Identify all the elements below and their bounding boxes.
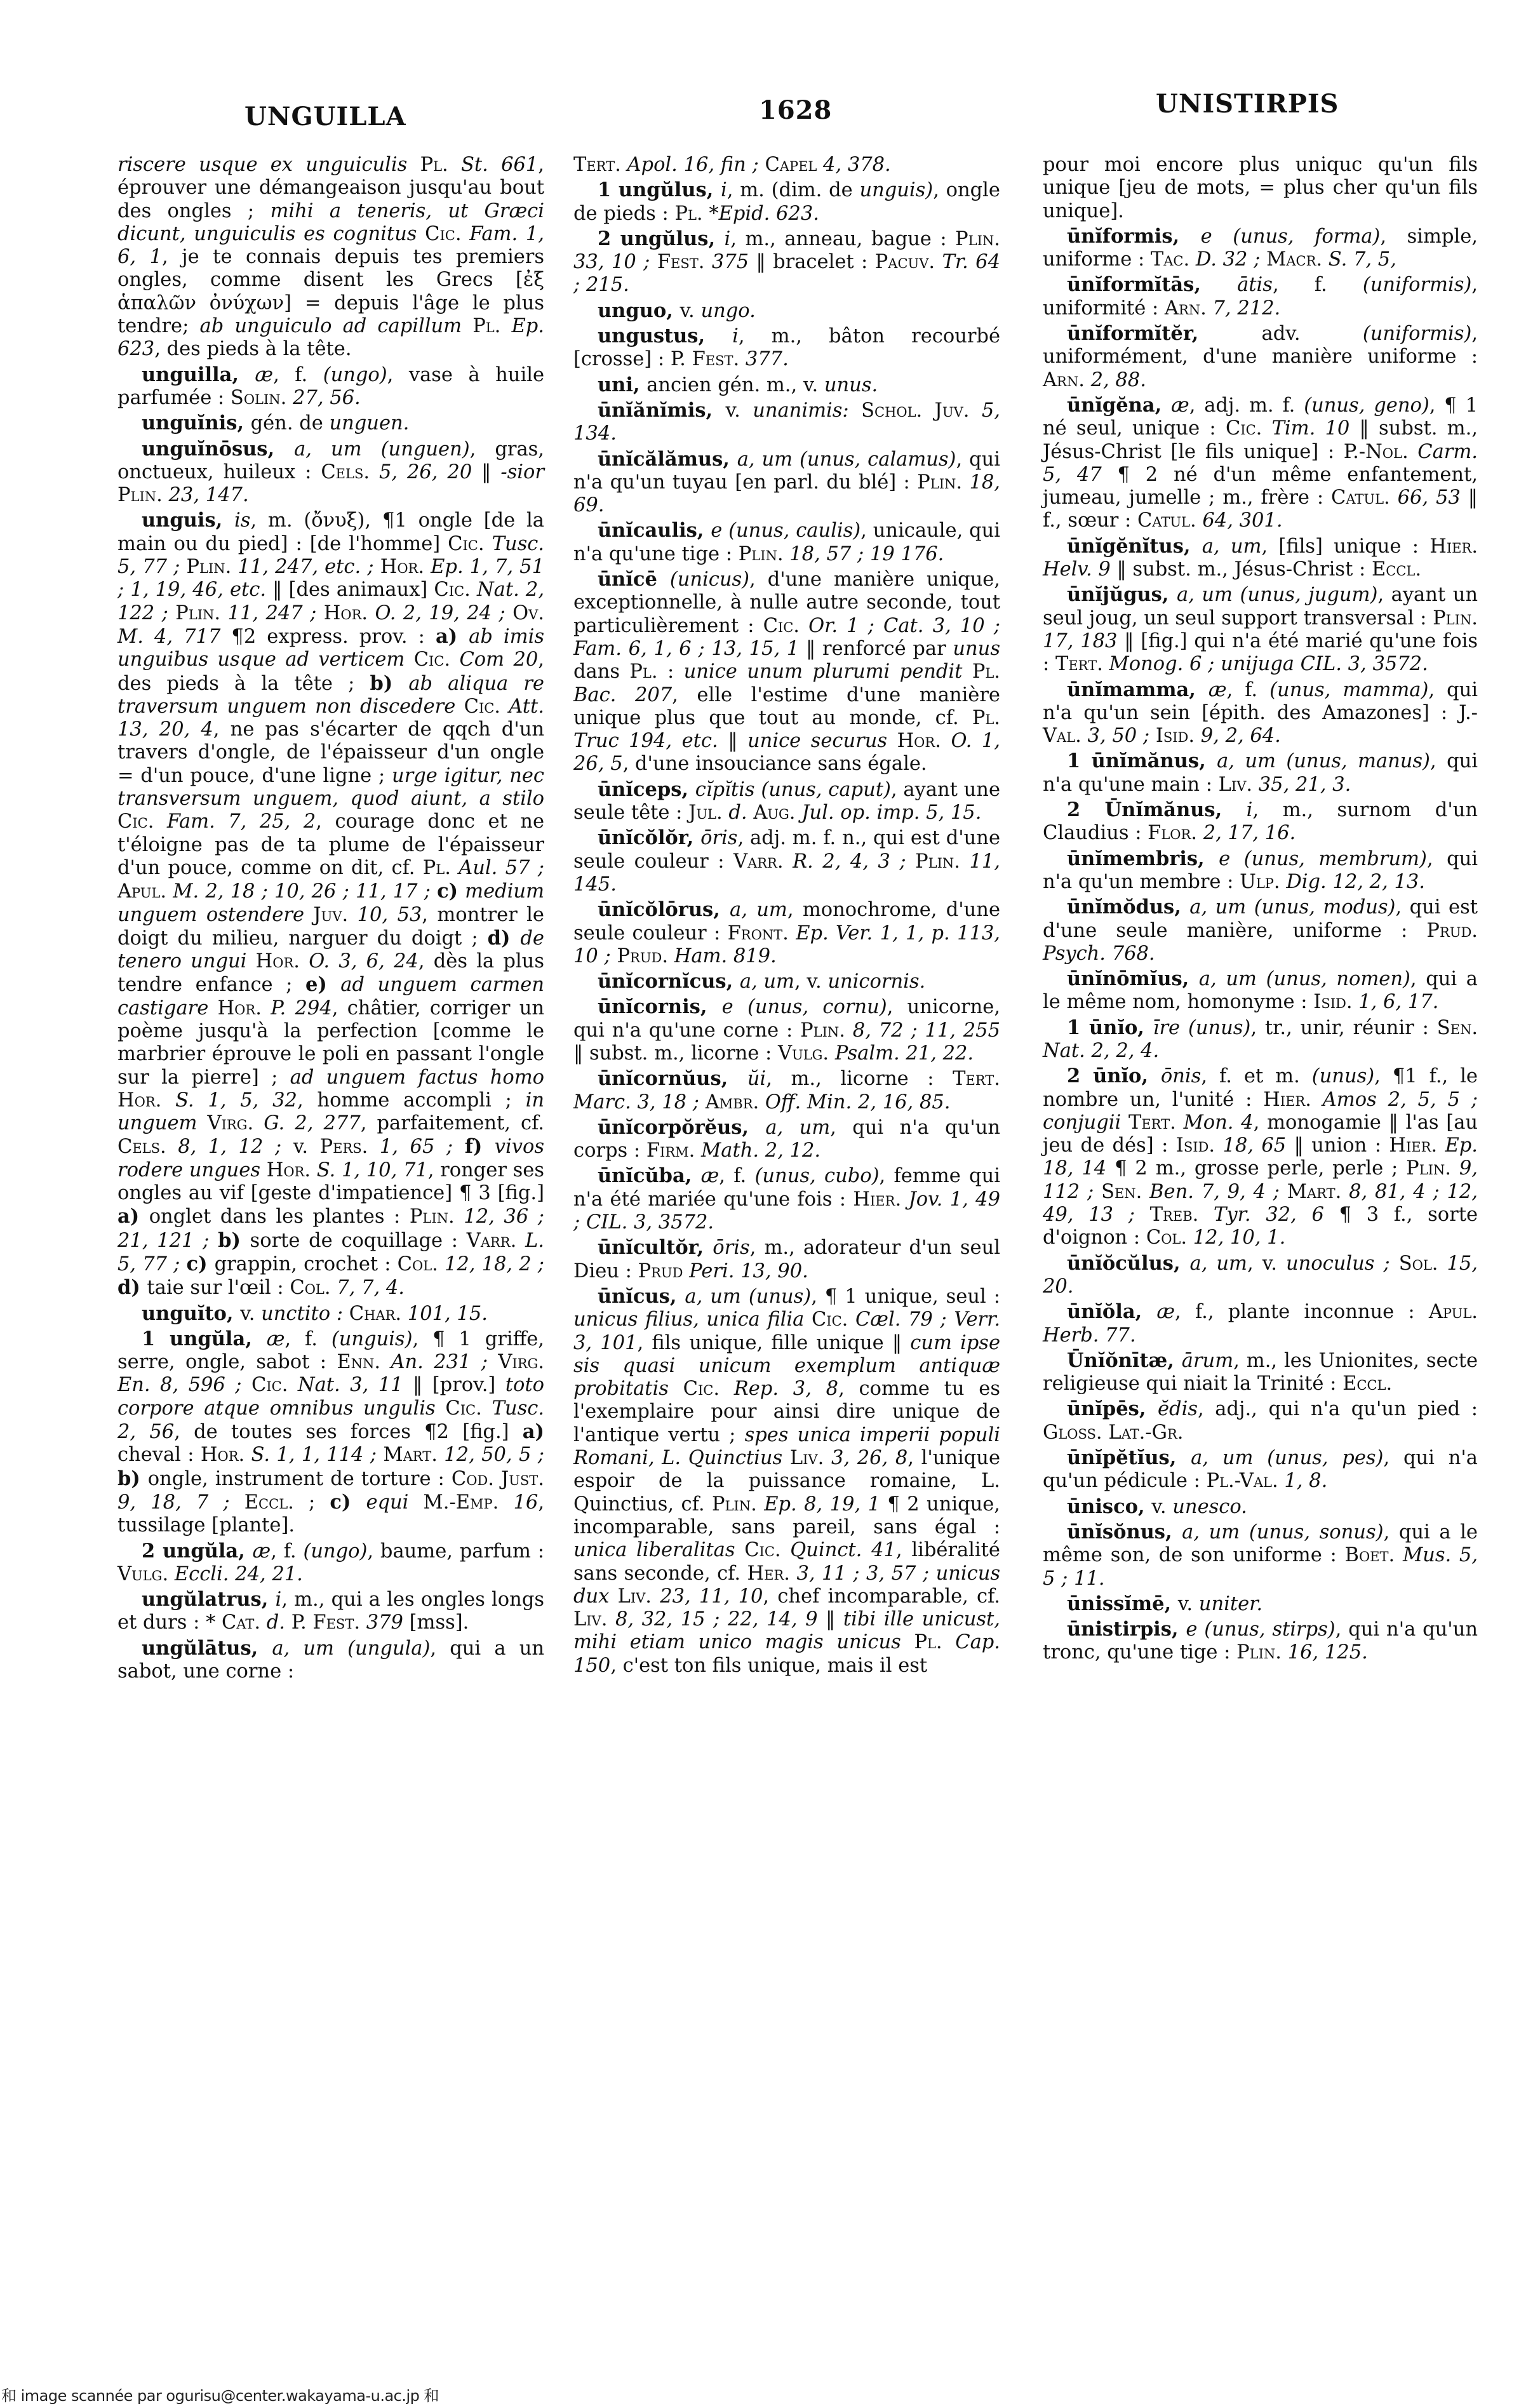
entry-text: O. 2, 19, 24 ; <box>375 602 512 624</box>
entry-text: Hor. <box>218 997 271 1019</box>
entry-text: Plin. <box>800 1019 853 1042</box>
entry-text: Tac. <box>1151 248 1196 271</box>
entry-text: a, um (unus, sonus) <box>1182 1521 1383 1543</box>
entry-text: Hor. <box>380 556 431 578</box>
dictionary-entry: Ūnĭŏnītæ, ārum, m., les Unionites, secte… <box>1043 1349 1478 1396</box>
dictionary-entry: unguilla, æ, f. (ungo), vase à huile par… <box>117 363 544 410</box>
entry-text: Liv. <box>618 1585 660 1608</box>
entry-text: ¶2 express. prov. : <box>220 626 436 648</box>
entry-text: , adj., qui n'a qu'un pied : <box>1198 1398 1478 1420</box>
entry-text: c) <box>437 880 465 903</box>
entry-text: Apul. <box>1429 1301 1478 1323</box>
dictionary-entry: ūnĭcŭba, æ, f. (unus, cubo), femme qui n… <box>573 1164 1000 1234</box>
entry-text: Tim. 10 <box>1272 417 1350 440</box>
entry-text: Hor. <box>897 730 951 752</box>
headword: ūnĭmŏdus, <box>1067 896 1189 918</box>
dictionary-entry: ūnĭcultŏr, ōris, m., adorateur d'un seul… <box>573 1236 1000 1283</box>
entry-text: onglet dans les plantes : <box>149 1206 410 1228</box>
headword: 1 ūnĭo, <box>1067 1016 1153 1039</box>
dictionary-entry: ūnĭănĭmis, v. unanimis: Schol. Juv. 5, 1… <box>573 399 1000 446</box>
entry-text: ‖ union : <box>1286 1134 1389 1157</box>
entry-text: , chef incomparable, cf. <box>763 1585 1000 1608</box>
entry-text: R. 2, 4, 3 ; <box>793 850 915 873</box>
headword: 2 ungŭlus, <box>598 227 725 250</box>
running-head-left: UNGUILLA <box>244 102 406 131</box>
entry-text: (unguis) <box>331 1328 413 1350</box>
entry-text: Eccl. ; <box>244 1491 330 1514</box>
entry-text: , f. <box>719 1165 754 1187</box>
entry-text: v. <box>293 1136 320 1158</box>
dictionary-entry: unguo, v. ungo. <box>573 299 1000 323</box>
headword: ūnĭcălămus, <box>598 448 737 471</box>
entry-text: taie sur l'œil : <box>147 1277 290 1299</box>
entry-text: 11, 247, etc. ; <box>238 556 380 578</box>
entry-text: Boet. <box>1345 1544 1403 1566</box>
entry-text: gén. de <box>251 412 330 434</box>
entry-text: unesco. <box>1172 1496 1247 1518</box>
entry-text: [mss]. <box>403 1611 469 1634</box>
entry-text: 5, 26, 20 <box>379 461 472 483</box>
dictionary-entry: ūnĭmamma, æ, f. (unus, mamma), qui n'a q… <box>1043 678 1478 748</box>
entry-text: Bac. 207 <box>573 684 672 706</box>
entry-text: ‖ [prov.] <box>403 1374 506 1396</box>
entry-text: Gloss. Lat.-Gr. <box>1043 1421 1183 1444</box>
dictionary-entry: ūnĭcŏlōrus, a, um, monochrome, d'une seu… <box>573 898 1000 968</box>
entry-text: Tert. <box>953 1068 1000 1090</box>
entry-text: 23, 11, 10 <box>660 1585 763 1608</box>
entry-text: a, um (unus, modus) <box>1189 896 1395 918</box>
dictionary-column-right: pour moi encore plus uniquc qu'un fils u… <box>1043 154 1478 1667</box>
entry-text: , de toutes ses forces ¶2 [fig.] <box>174 1421 523 1443</box>
entry-text: ‖ subst. m., licorne : <box>573 1042 778 1065</box>
entry-text: 12, 50, 5 ; <box>444 1444 544 1466</box>
entry-text: , f. et m. <box>1201 1065 1311 1087</box>
entry-text: æ <box>701 1165 720 1187</box>
entry-text: St. 661 <box>461 154 538 176</box>
entry-text: d. <box>728 802 753 824</box>
entry-text: Psalm. 21, 22. <box>835 1042 974 1065</box>
entry-text: Isid. <box>1156 725 1201 747</box>
entry-text: ‖ renforcé par <box>799 638 953 660</box>
entry-text: grappin, crochet : <box>215 1253 398 1275</box>
entry-text: , homme accompli ; <box>297 1089 526 1112</box>
entry-text: , [fils] unique : <box>1261 535 1430 558</box>
entry-text: 18, 65 <box>1222 1134 1286 1157</box>
entry-text: a, um (ungula) <box>272 1637 430 1660</box>
entry-text: 101, 15. <box>408 1303 488 1325</box>
dictionary-entry: ūnĭformĭtĕr, adv. (uniformis), uniformém… <box>1043 322 1478 392</box>
entry-text: , m., licorne : <box>766 1068 953 1090</box>
headword: ūnĭcŏlŏr, <box>598 826 700 849</box>
entry-text: , fils unique, fille unique ‖ <box>637 1332 910 1354</box>
entry-text: Ep. 8, 19, 1 <box>764 1493 880 1516</box>
entry-text: v. <box>1178 1593 1199 1615</box>
entry-text: , f. <box>273 364 323 386</box>
entry-text: Tyr. 32, 6 <box>1214 1204 1324 1226</box>
entry-text: unoculus ; <box>1286 1253 1399 1275</box>
dictionary-entry: 1 ūnĭo, īre (unus), tr., unir, réunir : … <box>1043 1016 1478 1063</box>
headword: ūnĭcaulis, <box>598 519 711 542</box>
entry-text: , f. <box>271 1540 303 1563</box>
entry-text: 7, 212. <box>1213 297 1281 319</box>
entry-text: Cic. <box>251 1374 298 1396</box>
entry-text: En. 8, 596 ; <box>117 1374 251 1396</box>
entry-text: Pl. <box>423 857 459 879</box>
dictionary-entry: ūnĭnōmĭus, a, um (unus, nomen), qui a le… <box>1043 967 1478 1014</box>
entry-text: Sol. <box>1399 1253 1447 1275</box>
entry-text: 16 <box>514 1491 539 1514</box>
entry-text: Mon. 4 <box>1184 1112 1254 1134</box>
entry-text: Schol. Juv. <box>861 400 982 422</box>
entry-text: riscere usque ex unguiculis <box>117 154 420 176</box>
entry-text: 35, 21, 3. <box>1259 774 1351 796</box>
entry-text: 66, 53 <box>1398 487 1461 509</box>
entry-text: Cic. <box>434 579 477 601</box>
entry-text: Plin. <box>1433 607 1478 629</box>
entry-text: a, um (unus, nomen) <box>1199 968 1410 990</box>
entry-text: 9, 18, 7 ; <box>117 1491 244 1514</box>
entry-text: Hor. <box>117 1089 175 1112</box>
entry-text: Hier. <box>853 1188 908 1211</box>
headword: 2 ūnĭo, <box>1067 1065 1161 1087</box>
dictionary-entry: ūnĭŏcŭlus, a, um, v. unoculus ; Sol. 15,… <box>1043 1252 1478 1299</box>
headword: ūnĭformĭtās, <box>1067 273 1237 296</box>
dictionary-entry: ūnĭsŏnus, a, um (unus, sonus), qui a le … <box>1043 1521 1478 1590</box>
entry-text: 8, 72 ; 11, 255 <box>853 1019 1000 1042</box>
entry-text: , f. <box>1273 274 1363 296</box>
entry-text: Pers. <box>320 1136 380 1158</box>
entry-text: , baume, parfum : <box>367 1540 544 1563</box>
entry-text: Cels. <box>117 1136 178 1158</box>
entry-text: (uniformis) <box>1363 323 1471 345</box>
dictionary-entry: ūnĭcorpŏrĕus, a, um, qui n'a qu'un corps… <box>573 1116 1000 1163</box>
entry-text: , m. (dim. de <box>727 179 860 201</box>
dictionary-entry: ūnisco, v. unesco. <box>1043 1495 1478 1519</box>
dictionary-entry: 2 ungŭla, æ, f. (ungo), baume, parfum : … <box>117 1540 544 1587</box>
entry-text: 9, 2, 64. <box>1201 725 1281 747</box>
entry-text: , tr., unir, réunir : <box>1250 1017 1436 1039</box>
dictionary-entry: ūnistirpis, e (unus, stirps), qui n'a qu… <box>1043 1618 1478 1665</box>
entry-text: a, um <box>1202 535 1262 558</box>
entry-text: ‖ <box>718 730 747 752</box>
entry-text: *Epid. 623. <box>709 203 819 225</box>
headword: ūnĭcornĭcus, <box>598 970 740 993</box>
entry-text: P. Fest. <box>291 1611 366 1634</box>
entry-text: Char. <box>349 1303 408 1325</box>
entry-text: Mart. <box>383 1444 444 1466</box>
entry-text: Herb. 77. <box>1043 1324 1136 1347</box>
entry-text: , ¶ 1 unique, seul : <box>811 1286 1000 1308</box>
entry-text: Plin. <box>1406 1157 1459 1179</box>
entry-text: 377. <box>746 348 789 370</box>
entry-text: equi <box>366 1491 423 1514</box>
dictionary-entry: 1 ungŭlus, i, m. (dim. de unguis), ongle… <box>573 178 1000 225</box>
entry-text: Cod. Just. <box>452 1468 544 1490</box>
entry-text: Sen. <box>1101 1181 1149 1203</box>
entry-text: Arn. <box>1043 369 1091 391</box>
entry-text: ārum <box>1182 1350 1233 1372</box>
entry-text: Jul. op. imp. 5, 15. <box>801 802 981 824</box>
entry-text: Hier. <box>1263 1089 1323 1111</box>
entry-text: An. 231 ; <box>391 1351 498 1373</box>
entry-text: Peri. 13, 90. <box>689 1260 808 1282</box>
entry-text: cĭpĭtis (unus, caput) <box>695 779 891 801</box>
entry-text: ad unguem factus homo <box>290 1066 544 1089</box>
entry-text: ‖ <box>818 1608 843 1630</box>
dictionary-entry: unguis, is, m. (ὄνυξ), ¶1 ongle [de la m… <box>117 509 544 1300</box>
headword: unguĭto, <box>142 1302 240 1325</box>
entry-text: 27, 56. <box>293 387 361 409</box>
entry-text: (ungo) <box>303 1540 367 1563</box>
entry-text: 64, 301. <box>1202 509 1282 532</box>
dictionary-entry: 1 ungŭla, æ, f. (unguis), ¶ 1 griffe, se… <box>117 1327 544 1538</box>
dictionary-entry: 1 ūnĭmănus, a, um (unus, manus), qui n'a… <box>1043 749 1478 796</box>
entry-text: a, um <box>765 1117 830 1139</box>
entry-text: Ambr. <box>706 1091 765 1113</box>
entry-text: d) <box>117 1276 147 1299</box>
entry-text: Pl. <box>972 707 1000 729</box>
entry-text: b) <box>117 1467 148 1490</box>
entry-text: Hor. <box>256 950 309 972</box>
entry-text: ab unguiculo ad capillum <box>200 315 473 337</box>
entry-text: 17, 183 <box>1043 630 1117 652</box>
entry-text: v. <box>680 300 700 322</box>
entry-text: ātis <box>1237 274 1273 296</box>
headword: ūnĭnōmĭus, <box>1067 967 1199 990</box>
entry-text: Hor. <box>267 1159 317 1181</box>
entry-text: Psych. 768. <box>1043 943 1155 965</box>
entry-text: a, um <box>740 971 794 993</box>
entry-text: e) <box>305 973 340 996</box>
entry-text: (unus, cubo) <box>755 1165 880 1187</box>
dictionary-entry: 2 Ūnĭmănus, i, m., surnom d'un Claudius … <box>1043 798 1478 845</box>
entry-text: Vulg. <box>117 1563 175 1585</box>
entry-text: 11, 247 ; <box>228 602 324 624</box>
entry-text: Flor. <box>1148 822 1203 844</box>
entry-text: ōnis <box>1161 1065 1201 1087</box>
dictionary-column-middle: Tert. Apol. 16, fin ; Capel 4, 378.1 ung… <box>573 154 1000 1679</box>
entry-text: Varr. <box>733 850 793 873</box>
dictionary-entry: ūnĭgĕna, æ, adj. m. f. (unus, geno), ¶ 1… <box>1043 394 1478 533</box>
dictionary-entry: ūnĭcē (unicus), d'une manière unique, ex… <box>573 568 1000 776</box>
entry-text: b) <box>218 1229 250 1252</box>
headword: unguĭnōsus, <box>142 438 294 460</box>
entry-text: 7, 7, 4. <box>337 1277 405 1299</box>
entry-text: Prud. <box>617 945 674 967</box>
entry-text: , parfaitement, cf. <box>361 1112 544 1134</box>
entry-text: , des pieds à la tête. <box>154 338 351 360</box>
headword: ūnĭmamma, <box>1067 678 1209 701</box>
entry-text: v. <box>240 1303 261 1325</box>
entry-text: Tert. <box>573 154 627 176</box>
entry-text: Treb. <box>1150 1204 1214 1226</box>
entry-text: Arn. <box>1165 297 1213 319</box>
dictionary-entry: ūnĭcălămus, a, um (unus, calamus), qui n… <box>573 448 1000 518</box>
headword: ūnĭcornis, <box>598 995 722 1018</box>
entry-text: Math. 2, 12. <box>701 1139 820 1162</box>
entry-text: c) <box>187 1253 215 1275</box>
entry-text: adv. <box>1262 323 1363 345</box>
headword: ūnĭcŏlōrus, <box>598 898 730 921</box>
entry-text: Liv. <box>1219 774 1259 796</box>
entry-text: Fam. 7, 25, 2 <box>167 810 316 833</box>
entry-text: Plin. <box>917 471 969 494</box>
entry-text: Cic. <box>448 533 492 555</box>
dictionary-entry: ūnĭpēs, ĕdis, adj., qui n'a qu'un pied :… <box>1043 1397 1478 1444</box>
entry-text: æ <box>255 364 273 386</box>
entry-text: 1, 65 ; <box>380 1136 465 1158</box>
entry-text: æ <box>267 1328 285 1350</box>
entry-text: ōris <box>700 827 737 849</box>
entry-continuation: riscere usque ex unguiculis Pl. St. 661,… <box>117 154 544 361</box>
entry-text: i <box>1247 799 1253 821</box>
headword: unguĭnis, <box>142 412 251 434</box>
entry-text: Pl. <box>914 1631 955 1653</box>
entry-text: , c'est ton fils unique, mais il est <box>610 1655 927 1677</box>
headword: ūnĭpĕtĭus, <box>1067 1446 1191 1469</box>
entry-text: S. 7, 5, <box>1329 248 1396 271</box>
entry-text: Helv. 9 <box>1043 558 1111 581</box>
headword: 1 ungŭla, <box>142 1327 267 1350</box>
entry-text: e (unus, membrum) <box>1219 848 1427 870</box>
entry-text: Cic. <box>812 1308 855 1331</box>
entry-text: Firm. <box>646 1139 701 1162</box>
entry-text: Aul. 57 ; <box>459 857 544 879</box>
entry-text: Prud. <box>1426 920 1478 942</box>
entry-text: i <box>721 179 727 201</box>
entry-text: G. 2, 277 <box>264 1112 361 1134</box>
entry-text: Enn. <box>337 1351 391 1373</box>
entry-text: : <box>667 661 684 683</box>
headword: 2 ungŭla, <box>142 1540 253 1563</box>
entry-text: Nat. 2, 2, 4. <box>1043 1040 1159 1062</box>
entry-text: Isid. <box>1313 991 1358 1013</box>
entry-text: Plin. <box>410 1206 464 1228</box>
entry-text: Virg. <box>498 1351 544 1373</box>
entry-text: unanimis: <box>753 400 861 422</box>
entry-text: unus <box>953 638 1000 660</box>
entry-text: is <box>234 509 250 532</box>
entry-text: dans <box>573 661 629 683</box>
dictionary-entry: ūnĭjŭgus, a, um (unus, jugum), ayant un … <box>1043 583 1478 676</box>
entry-text: unicus filius, unica filia <box>573 1308 812 1331</box>
dictionary-entry: ungŭlātus, a, um (ungula), qui a un sabo… <box>117 1637 544 1684</box>
headword: ūnĭcŭba, <box>598 1164 701 1187</box>
entry-text: æ <box>253 1540 271 1563</box>
headword: ūnissĭmē, <box>1067 1592 1178 1615</box>
headword: ūnĭcorpŏrĕus, <box>598 1116 765 1139</box>
dictionary-entry: ūnĭmŏdus, a, um (unus, modus), qui est d… <box>1043 896 1478 965</box>
headword: ūnĭpēs, <box>1067 1397 1158 1420</box>
headword: 2 Ūnĭmănus, <box>1067 798 1247 821</box>
headword: ūnĭjŭgus, <box>1067 583 1177 606</box>
headword: ūnistirpis, <box>1067 1618 1186 1641</box>
entry-text: Catul. <box>1137 509 1202 532</box>
headword: uni, <box>598 373 646 396</box>
entry-text: Liv. <box>573 1608 615 1630</box>
entry-text: 3, 26, 8 <box>831 1447 907 1469</box>
headword: ūnĭŏla, <box>1067 1300 1156 1323</box>
entry-text: ongle, instrument de torture : <box>148 1468 452 1490</box>
entry-text: a, um (unus, calamus) <box>737 448 956 471</box>
entry-text: Cic. <box>744 1539 790 1561</box>
headword: ūnĭgĕna, <box>1067 394 1171 417</box>
dictionary-entry: ūnĭformis, e (unus, forma), simple, unif… <box>1043 225 1478 272</box>
entry-text: Pl. <box>674 203 709 225</box>
entry-text: Plin. <box>712 1493 764 1516</box>
entry-text: cheval : <box>117 1444 201 1466</box>
entry-text: Cic. <box>425 223 469 245</box>
dictionary-entry: ūnissĭmē, v. uniter. <box>1043 1592 1478 1616</box>
entry-text: Cic. <box>464 696 509 718</box>
entry-text: Hier. <box>1389 1134 1445 1157</box>
entry-text: Varr. <box>467 1230 525 1252</box>
dictionary-entry: ūnĭgĕnĭtus, a, um, [fils] unique : Hier.… <box>1043 535 1478 582</box>
entry-text: Cic. <box>683 1378 734 1400</box>
entry-text: Col. <box>290 1277 337 1299</box>
entry-text: Liv. <box>790 1447 831 1469</box>
dictionary-entry: uni, ancien gén. m., v. unus. <box>573 373 1000 397</box>
entry-text: Jul. <box>688 802 728 824</box>
entry-text: a, um <box>730 899 787 921</box>
entry-text: a, um (unus) <box>685 1286 811 1308</box>
entry-text: Macr. <box>1266 248 1329 271</box>
entry-text: 10, 53 <box>358 904 422 926</box>
dictionary-entry: ūnĭcornis, e (unus, cornu), unicorne, qu… <box>573 995 1000 1065</box>
entry-text: Tert. <box>1128 1112 1184 1134</box>
dictionary-entry: unguĭnis, gén. de unguen. <box>117 412 544 435</box>
entry-text: Her. <box>747 1563 797 1585</box>
entry-text: Plin. <box>739 543 790 565</box>
entry-text: Juv. <box>313 904 357 926</box>
entry-text: ungo. <box>700 300 755 322</box>
headword: ūnĭcus, <box>598 1285 685 1308</box>
entry-text: Ham. 819. <box>674 945 777 967</box>
entry-text: 8, 1, 12 ; <box>178 1136 293 1158</box>
headword: ūnĭcē <box>598 568 670 591</box>
entry-text: P.-Nol. <box>1344 441 1418 463</box>
entry-text: Pl. <box>972 661 1000 683</box>
entry-text: , d'une insouciance sans égale. <box>623 753 927 775</box>
entry-text: (unus, mamma) <box>1269 679 1428 701</box>
headword: ūnĭcornŭus, <box>598 1067 747 1090</box>
entry-text: 8, 32, 15 ; 22, 14, 9 <box>615 1608 818 1630</box>
entry-text: Front. <box>728 922 796 944</box>
entry-text: i <box>725 228 731 250</box>
entry-text: a, um (unguen) <box>294 438 470 460</box>
entry-text: , f., plante inconnue : <box>1175 1301 1429 1323</box>
entry-text: 16, 125. <box>1288 1641 1368 1663</box>
entry-text: pour moi encore plus uniquc qu'un fils u… <box>1043 154 1478 222</box>
dictionary-entry: ungustus, i, m., bâton recourbé [crosse]… <box>573 325 1000 372</box>
entry-text: unice unum plurumi pendit <box>684 661 972 683</box>
entry-text: Pl. <box>420 154 461 176</box>
entry-text: Eccli. 24, 21. <box>175 1563 303 1585</box>
entry-text: f) <box>465 1135 495 1158</box>
entry-text: ‖ [des animaux] <box>266 579 434 601</box>
entry-text: æ <box>1156 1301 1175 1323</box>
entry-text: 1, 6, 17. <box>1358 991 1438 1013</box>
dictionary-entry: unguĭto, v. unctito : Char. 101, 15. <box>117 1302 544 1326</box>
headword: ungŭlatrus, <box>142 1588 275 1611</box>
entry-text: Plin. <box>955 228 1000 250</box>
entry-text: e (unus, forma) <box>1201 225 1381 248</box>
dictionary-column-left: riscere usque ex unguiculis Pl. St. 661,… <box>117 154 544 1685</box>
entry-text: Apol. 16, fin ; <box>627 154 765 176</box>
headword: ungustus, <box>598 325 732 347</box>
entry-text: Cat. <box>222 1611 267 1634</box>
entry-text: S. 1, 5, 32 <box>175 1089 297 1112</box>
